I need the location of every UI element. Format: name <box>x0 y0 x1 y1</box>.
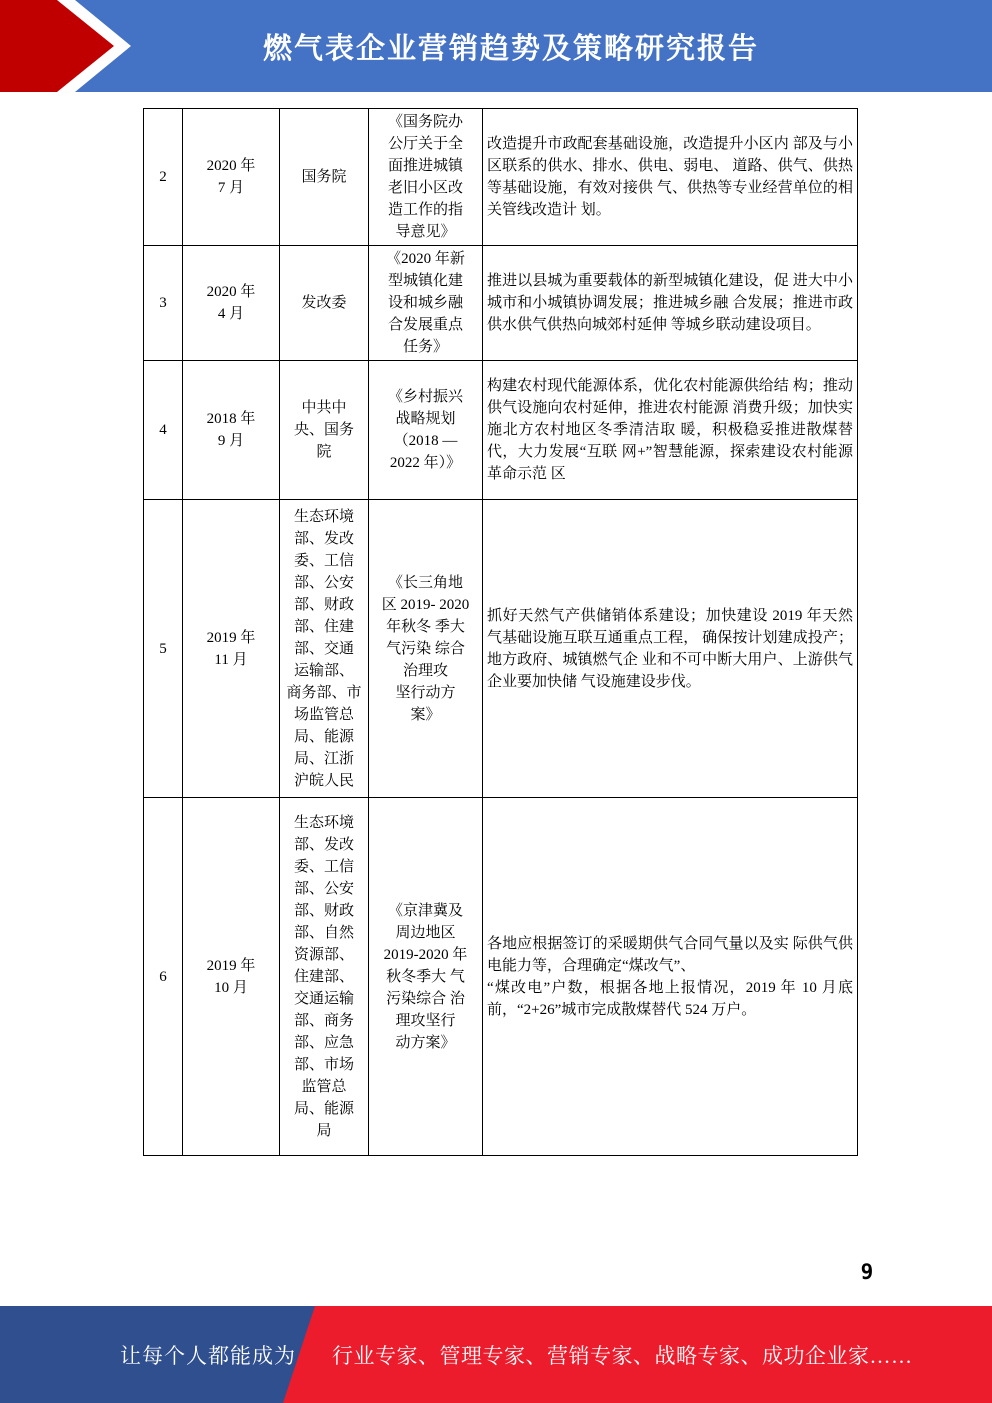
description-cell: 改造提升市政配套基础设施，改造提升小区内 部及与小区联系的供水、排水、供电、弱电… <box>483 109 858 246</box>
policy-table: 2 2020 年 7 月 国务院 《国务院办 公厅关于全 面推进城镇 老旧小区改… <box>143 108 858 1156</box>
table-row: 6 2019 年 10 月 生态环境 部、发改 委、工信 部、公安 部、财政 部… <box>144 798 858 1156</box>
table-row: 4 2018 年 9 月 中共中 央、国务 院 《乡村振兴 战略规划 （2018… <box>144 361 858 500</box>
document-title-cell: 《国务院办 公厅关于全 面推进城镇 老旧小区改 造工作的指 导意见》 <box>369 109 483 246</box>
issuer-cell: 国务院 <box>280 109 369 246</box>
issuer-cell: 生态环境 部、发改 委、工信 部、公安 部、财政 部、住建 部、交通 运输部、 … <box>280 500 369 798</box>
report-page: 燃气表企业营销趋势及策略研究报告 2 2020 年 7 月 国务院 《国务院办 … <box>0 0 992 1403</box>
table-row: 5 2019 年 11 月 生态环境 部、发改 委、工信 部、公安 部、财政 部… <box>144 500 858 798</box>
table-row: 3 2020 年 4 月 发改委 《2020 年新 型城镇化建 设和城乡融 合发… <box>144 246 858 361</box>
document-title-cell: 《长三角地 区 2019- 2020 年秋冬 季大 气污染 综合 治理攻 坚行动… <box>369 500 483 798</box>
date-cell: 2020 年 7 月 <box>183 109 280 246</box>
table-row: 2 2020 年 7 月 国务院 《国务院办 公厅关于全 面推进城镇 老旧小区改… <box>144 109 858 246</box>
document-title-cell: 《2020 年新 型城镇化建 设和城乡融 合发展重点 任务》 <box>369 246 483 361</box>
page-number: 9 <box>852 1260 882 1284</box>
description-cell: 抓好天然气产供储销体系建设；加快建设 2019 年天然气基础设施互联互通重点工程… <box>483 500 858 798</box>
date-cell: 2018 年 9 月 <box>183 361 280 500</box>
issuer-cell: 生态环境 部、发改 委、工信 部、公安 部、财政 部、自然 资源部、 住建部、 … <box>280 798 369 1156</box>
issuer-cell: 中共中 央、国务 院 <box>280 361 369 500</box>
footer-slogan-right: 行业专家、管理专家、营销专家、战略专家、成功企业家…… <box>332 1306 913 1403</box>
description-cell: 各地应根据签订的采暖期供气合同气量以及实 际供气供电能力等，合理确定“煤改气”、… <box>483 798 858 1156</box>
date-cell: 2019 年 10 月 <box>183 798 280 1156</box>
page-footer: 让每个人都能成为 行业专家、管理专家、营销专家、战略专家、成功企业家…… <box>0 1306 992 1403</box>
row-number-cell: 2 <box>144 109 183 246</box>
description-cell: 推进以县城为重要载体的新型城镇化建设，促 进大中小城市和小城镇协调发展；推进城乡… <box>483 246 858 361</box>
row-number-cell: 3 <box>144 246 183 361</box>
footer-slogan-left: 让每个人都能成为 <box>120 1306 296 1403</box>
date-cell: 2019 年 11 月 <box>183 500 280 798</box>
document-title-cell: 《京津冀及 周边地区 2019-2020 年 秋冬季大 气 污染综合 治 理攻坚… <box>369 798 483 1156</box>
document-title-cell: 《乡村振兴 战略规划 （2018 — 2022 年）》 <box>369 361 483 500</box>
issuer-cell: 发改委 <box>280 246 369 361</box>
row-number-cell: 6 <box>144 798 183 1156</box>
row-number-cell: 4 <box>144 361 183 500</box>
policy-table-container: 2 2020 年 7 月 国务院 《国务院办 公厅关于全 面推进城镇 老旧小区改… <box>143 108 858 1156</box>
row-number-cell: 5 <box>144 500 183 798</box>
description-cell: 构建农村现代能源体系，优化农村能源供给结 构；推动供气设施向农村延伸，推进农村能… <box>483 361 858 500</box>
date-cell: 2020 年 4 月 <box>183 246 280 361</box>
report-title: 燃气表企业营销趋势及策略研究报告 <box>263 26 759 67</box>
page-header: 燃气表企业营销趋势及策略研究报告 <box>0 0 992 92</box>
